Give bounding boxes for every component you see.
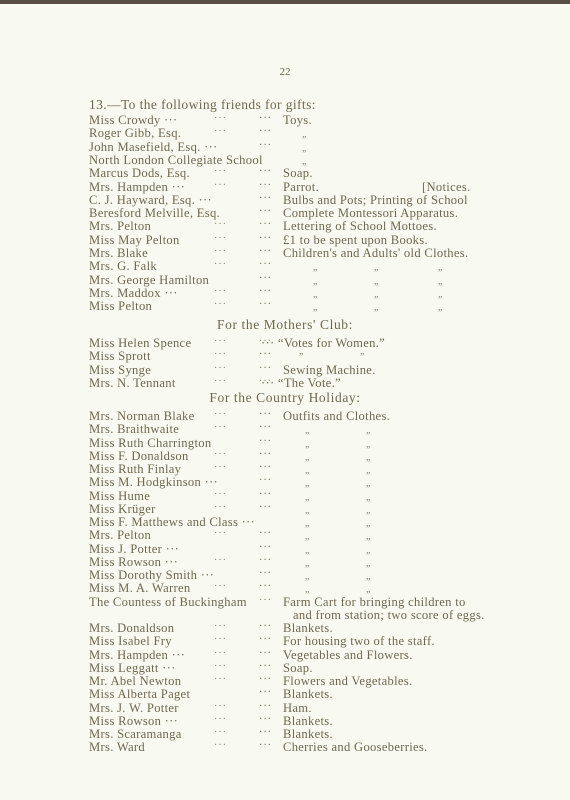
leader-dots: ··· xyxy=(259,620,272,633)
donor-name: John Masefield, Esq. ··· xyxy=(89,141,218,154)
leader-dots: ··· xyxy=(214,375,227,388)
list-item: Mrs. George Hamilton······„„„ xyxy=(89,274,489,287)
ditto-mark: „ xyxy=(438,288,442,301)
list-item: Miss F. Donaldson·········„„ xyxy=(89,450,489,463)
leader-dots: ··· xyxy=(259,633,272,646)
donor-name: The Countess of Buckingham xyxy=(89,596,247,609)
leader-dots: ··· xyxy=(214,218,227,231)
leader-dots: ··· xyxy=(259,408,272,421)
gift-description: Soap. xyxy=(283,167,313,180)
leader-dots: ··· xyxy=(214,335,227,348)
gift-description: ··· “Votes for Women.” xyxy=(261,337,385,350)
donor-name: Marcus Dods, Esq. xyxy=(89,167,190,180)
donor-name: Miss Dorothy Smith ··· xyxy=(89,569,214,582)
list-item-continuation: and from station; two score of eggs. xyxy=(89,609,489,622)
leader-dots: ··· xyxy=(259,139,272,152)
donor-name: Mrs. George Hamilton xyxy=(89,274,209,287)
donor-name: Miss Krüger xyxy=(89,503,156,516)
list-item: Miss M. A. Warren·········„„ xyxy=(89,582,489,595)
donor-name: Miss F. Donaldson xyxy=(89,450,189,463)
donor-name: Mrs. G. Falk xyxy=(89,260,157,273)
leader-dots: ··· xyxy=(259,567,272,580)
donor-name: Miss Helen Spence xyxy=(89,337,191,350)
ditto-mark: „ xyxy=(305,477,309,490)
list-item: Mrs. Blake·········Children's and Adults… xyxy=(89,247,489,260)
ditto-mark: „ xyxy=(305,424,309,437)
gift-description: Parrot. xyxy=(283,181,319,194)
donor-name: Mrs. J. W. Potter xyxy=(89,702,179,715)
leader-dots: ··· xyxy=(214,713,227,726)
list-item: Miss F. Matthews and Class ···„„ xyxy=(89,516,489,529)
list-item: Miss Synge·········Sewing Machine. xyxy=(89,364,489,377)
leader-dots: ··· xyxy=(259,474,272,487)
leader-dots: ··· xyxy=(259,660,272,673)
ditto-mark: „ xyxy=(305,557,309,570)
gift-description: Blankets. xyxy=(283,688,333,701)
ditto-mark: „ xyxy=(366,544,370,557)
leader-dots: ··· xyxy=(214,647,227,660)
ditto-mark: „ xyxy=(374,261,378,274)
ditto-mark: „ xyxy=(366,491,370,504)
list-item: Miss Rowson ············„„ xyxy=(89,556,489,569)
list-item: Roger Gibb, Esq.·········„ xyxy=(89,127,489,140)
donor-name: Miss M. A. Warren xyxy=(89,582,190,595)
leader-dots: ··· xyxy=(259,362,272,375)
donor-name: Miss Synge xyxy=(89,364,151,377)
list-item: Miss Hume·········„„ xyxy=(89,490,489,503)
list-item: Miss Rowson ············Blankets. xyxy=(89,715,489,728)
ditto-mark: „ xyxy=(366,517,370,530)
leader-dots: ··· xyxy=(259,448,272,461)
list-item: Miss Pelton·········„„„ xyxy=(89,300,489,313)
donor-name: Miss Leggatt ··· xyxy=(89,662,176,675)
leader-dots: ··· xyxy=(214,461,227,474)
ditto-mark: „ xyxy=(438,261,442,274)
leader-dots: ··· xyxy=(214,165,227,178)
leader-dots: ··· xyxy=(259,488,272,501)
list-item: Mrs. Maddox ············„„„ xyxy=(89,287,489,300)
leader-dots: ··· xyxy=(214,633,227,646)
gift-description: Children's and Adults' old Clothes. xyxy=(283,247,468,260)
ditto-mark: „ xyxy=(366,438,370,451)
leader-dots: ··· xyxy=(259,461,272,474)
donor-name: Mrs. Braithwaite xyxy=(89,423,179,436)
gift-description: Flowers and Vegetables. xyxy=(283,675,412,688)
leader-dots: ··· xyxy=(214,554,227,567)
list-item: Miss Krüger·········„„ xyxy=(89,503,489,516)
leader-dots: ··· xyxy=(259,179,272,192)
leader-dots: ··· xyxy=(214,408,227,421)
leader-dots: ··· xyxy=(259,647,272,660)
leader-dots: ··· xyxy=(259,112,272,125)
leader-dots: ··· xyxy=(259,700,272,713)
donor-name: Miss Isabel Fry xyxy=(89,635,172,648)
list-item: Mrs. J. W. Potter·········Ham. xyxy=(89,702,489,715)
donor-name: Miss M. Hodgkinson ··· xyxy=(89,476,218,489)
leader-dots: ··· xyxy=(214,660,227,673)
gift-description: Blankets. xyxy=(283,728,333,741)
list-item: Miss Crowdy ············Toys. xyxy=(89,114,489,127)
ditto-mark: „ xyxy=(305,530,309,543)
leader-dots: ··· xyxy=(259,421,272,434)
donor-name: Miss Pelton xyxy=(89,300,152,313)
list-item: Mrs. Norman Blake·········Outfits and Cl… xyxy=(89,410,489,423)
donor-name: Mrs. N. Tennant xyxy=(89,377,176,390)
donor-name: Mrs. Blake xyxy=(89,247,148,260)
gift-description: Toys. xyxy=(283,114,312,127)
list-item: Miss J. Potter ·········„„ xyxy=(89,543,489,556)
gift-description: Complete Montessori Apparatus. xyxy=(283,207,458,220)
gift-description: Sewing Machine. xyxy=(283,364,376,377)
list-item: Mrs. Ward·········Cherries and Gooseberr… xyxy=(89,741,489,754)
ditto-mark: „ xyxy=(305,517,309,530)
list-item: Mrs. Pelton·········Lettering of School … xyxy=(89,220,489,233)
leader-dots: ··· xyxy=(214,348,227,361)
section-title: 13.—To the following friends for gifts: xyxy=(89,97,316,113)
list-item: Mrs. Hampden ············Vegetables and … xyxy=(89,649,489,662)
donor-name: Miss F. Matthews and Class ··· xyxy=(89,516,255,529)
list-item: Miss Ruth Finlay·········„„ xyxy=(89,463,489,476)
leader-dots: ··· xyxy=(259,726,272,739)
leader-dots: ··· xyxy=(259,501,272,514)
ditto-mark: „ xyxy=(305,451,309,464)
ditto-mark: „ xyxy=(366,557,370,570)
list-item: Miss Sprott·········”” xyxy=(89,350,489,363)
leader-dots: ··· xyxy=(259,673,272,686)
donor-name: Mrs. Donaldson xyxy=(89,622,174,635)
leader-dots: ··· xyxy=(259,348,272,361)
list-item: Mrs. Hampden ············Parrot.[Notices… xyxy=(89,181,489,194)
ditto-mark: „ xyxy=(302,142,306,155)
ditto-mark: „ xyxy=(313,288,317,301)
donor-name: Mrs. Pelton xyxy=(89,220,151,233)
ditto-mark: „ xyxy=(313,301,317,314)
leader-dots: ··· xyxy=(214,245,227,258)
donor-name: Miss Ruth Charrington xyxy=(89,437,211,450)
leader-dots: ··· xyxy=(259,192,272,205)
leader-dots: ··· xyxy=(214,488,227,501)
ditto-mark: „ xyxy=(366,530,370,543)
donor-name: Miss Crowdy ··· xyxy=(89,114,177,127)
donor-name: Miss Alberta Paget xyxy=(89,688,190,701)
ditto-mark: „ xyxy=(366,424,370,437)
leader-dots: ··· xyxy=(214,700,227,713)
leader-dots: ··· xyxy=(259,541,272,554)
leader-dots: ··· xyxy=(214,580,227,593)
list-item: Mrs. G. Falk·········„„„ xyxy=(89,260,489,273)
donor-name: Mrs. Norman Blake xyxy=(89,410,194,423)
scan-edge xyxy=(0,0,570,4)
list-item: Mrs. Scaramanga·········Blankets. xyxy=(89,728,489,741)
list-item: Mr. Abel Newton·········Flowers and Vege… xyxy=(89,675,489,688)
donor-name: Miss May Pelton xyxy=(89,234,180,247)
leader-dots: ··· xyxy=(259,285,272,298)
list-item: The Countess of Buckingham···Farm Cart f… xyxy=(89,596,489,609)
page-number: 22 xyxy=(0,66,570,78)
list-item: Miss Dorothy Smith ·········„„ xyxy=(89,569,489,582)
donor-name: Mrs. Ward xyxy=(89,741,145,754)
leader-dots: ··· xyxy=(259,594,272,607)
leader-dots: ··· xyxy=(214,179,227,192)
ditto-mark: „ xyxy=(366,464,370,477)
ditto-mark: „ xyxy=(366,570,370,583)
gift-description: and from station; two score of eggs. xyxy=(293,609,485,622)
donor-name: Mrs. Maddox ··· xyxy=(89,287,178,300)
leader-dots: ··· xyxy=(214,232,227,245)
list-item: Miss Alberta Paget······Blankets. xyxy=(89,688,489,701)
list-item: Beresford Melville, Esq.······Complete M… xyxy=(89,207,489,220)
leader-dots: ··· xyxy=(259,713,272,726)
gift-description: Bulbs and Pots; Printing of School xyxy=(283,194,468,207)
donor-name: Mrs. Hampden ··· xyxy=(89,181,185,194)
leader-dots: ··· xyxy=(259,245,272,258)
leader-dots: ··· xyxy=(259,527,272,540)
leader-dots: ··· xyxy=(259,272,272,285)
heading-mothers-club: For the Mothers' Club: xyxy=(0,317,570,333)
donor-name: North London Collegiate School xyxy=(89,154,263,167)
list-item: John Masefield, Esq. ·········„ xyxy=(89,141,489,154)
donor-name: Miss J. Potter ··· xyxy=(89,543,179,556)
leader-dots: ··· xyxy=(214,726,227,739)
donor-name: Miss Rowson ··· xyxy=(89,715,178,728)
gift-description: Outfits and Clothes. xyxy=(283,410,390,423)
leader-dots: ··· xyxy=(259,298,272,311)
leader-dots: ··· xyxy=(214,112,227,125)
ditto-mark: „ xyxy=(305,491,309,504)
donor-name: Beresford Melville, Esq. xyxy=(89,207,220,220)
donor-name: Mr. Abel Newton xyxy=(89,675,181,688)
gift-description: Lettering of School Mottoes. xyxy=(283,220,437,233)
leader-dots: ··· xyxy=(259,435,272,448)
leader-dots: ··· xyxy=(214,125,227,138)
gift-description: Ham. xyxy=(283,702,312,715)
ditto-mark: „ xyxy=(374,275,378,288)
ditto-mark: „ xyxy=(366,477,370,490)
gift-description: ··· “The Vote.” xyxy=(261,377,341,390)
donor-name: Miss Ruth Finlay xyxy=(89,463,181,476)
leader-dots: ··· xyxy=(214,673,227,686)
donor-name: Miss Sprott xyxy=(89,350,151,363)
gift-description: For housing two of the staff. xyxy=(283,635,435,648)
list-item: Mrs. Donaldson·········Blankets. xyxy=(89,622,489,635)
ditto-mark: „ xyxy=(374,288,378,301)
list-item: Mrs. Pelton·········„„ xyxy=(89,529,489,542)
gift-description: Soap. xyxy=(283,662,313,675)
ditto-mark: „ xyxy=(438,275,442,288)
list-item: Miss Ruth Charrington······„„ xyxy=(89,437,489,450)
leader-dots: ··· xyxy=(259,205,272,218)
ditto-mark: „ xyxy=(305,570,309,583)
leader-dots: ··· xyxy=(214,448,227,461)
ditto-mark: „ xyxy=(366,504,370,517)
ditto-mark: „ xyxy=(438,301,442,314)
gift-description: Farm Cart for bringing children to xyxy=(283,596,466,609)
ditto-mark: „ xyxy=(305,504,309,517)
list-item: North London Collegiate School„ xyxy=(89,154,489,167)
leader-dots: ··· xyxy=(214,285,227,298)
ditto-mark: „ xyxy=(313,261,317,274)
leader-dots: ··· xyxy=(259,125,272,138)
leader-dots: ··· xyxy=(214,258,227,271)
list-item: Miss May Pelton·········£1 to be spent u… xyxy=(89,234,489,247)
leader-dots: ··· xyxy=(214,620,227,633)
leader-dots: ··· xyxy=(259,739,272,752)
gift-description: Vegetables and Flowers. xyxy=(283,649,413,662)
heading-country-holiday: For the Country Holiday: xyxy=(0,390,570,406)
donor-name: Mrs. Scaramanga xyxy=(89,728,182,741)
leader-dots: ··· xyxy=(259,258,272,271)
list-item: Miss Helen Spence········· “Votes for Wo… xyxy=(89,337,489,350)
leader-dots: ··· xyxy=(214,527,227,540)
donor-name: Mrs. Hampden ··· xyxy=(89,649,185,662)
gift-description: Cherries and Gooseberries. xyxy=(283,741,428,754)
leader-dots: ··· xyxy=(214,362,227,375)
list-item: Mrs. N. Tennant········· “The Vote.” xyxy=(89,377,489,390)
ditto-mark: „ xyxy=(302,128,306,141)
gift-continuation: [Notices. xyxy=(422,181,471,194)
ditto-mark: „ xyxy=(366,451,370,464)
donor-name: C. J. Hayward, Esq. ··· xyxy=(89,194,212,207)
leader-dots: ··· xyxy=(259,554,272,567)
leader-dots: ··· xyxy=(214,501,227,514)
gift-description: £1 to be spent upon Books. xyxy=(283,234,428,247)
leader-dots: ··· xyxy=(259,218,272,231)
donor-name: Roger Gibb, Esq. xyxy=(89,127,181,140)
list-item: Marcus Dods, Esq.·········Soap. xyxy=(89,167,489,180)
leader-dots: ··· xyxy=(214,298,227,311)
leader-dots: ··· xyxy=(259,165,272,178)
donor-name: Miss Rowson ··· xyxy=(89,556,178,569)
gift-description: Blankets. xyxy=(283,715,333,728)
leader-dots: ··· xyxy=(259,580,272,593)
ditto-mark: „ xyxy=(305,438,309,451)
leader-dots: ··· xyxy=(214,421,227,434)
ditto-mark: „ xyxy=(374,301,378,314)
donor-name: Miss Hume xyxy=(89,490,150,503)
list-item: Miss Isabel Fry·········For housing two … xyxy=(89,635,489,648)
list-item: Mrs. Braithwaite·········„„ xyxy=(89,423,489,436)
list-item: Miss Leggatt ············Soap. xyxy=(89,662,489,675)
leader-dots: ··· xyxy=(214,739,227,752)
ditto-mark: „ xyxy=(305,544,309,557)
leader-dots: ··· xyxy=(259,232,272,245)
list-item: C. J. Hayward, Esq. ·········Bulbs and P… xyxy=(89,194,489,207)
donor-name: Mrs. Pelton xyxy=(89,529,151,542)
list-item: Miss M. Hodgkinson ·········„„ xyxy=(89,476,489,489)
gift-description: Blankets. xyxy=(283,622,333,635)
ditto-mark: „ xyxy=(305,464,309,477)
leader-dots: ··· xyxy=(259,686,272,699)
ditto-mark: „ xyxy=(313,275,317,288)
